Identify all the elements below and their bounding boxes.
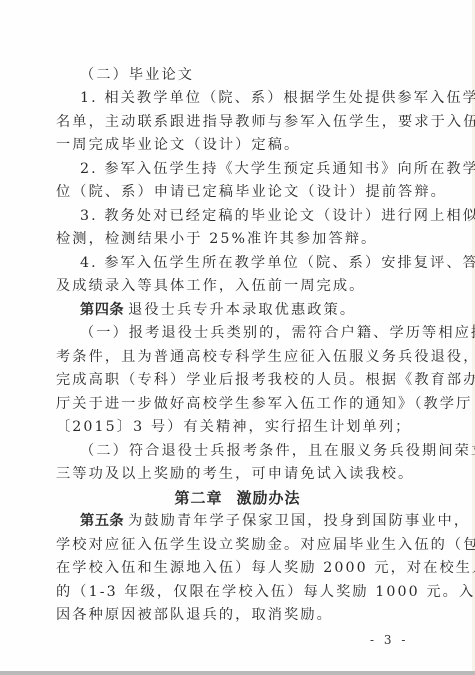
item-1-line-3: 一周完成毕业论文（设计）定稿。 bbox=[56, 134, 404, 156]
item-4-line-2: 及成绩录入等具体工作，入伍前一周完成。 bbox=[56, 275, 404, 297]
page-number: - 3 - bbox=[370, 633, 408, 647]
chapter-heading: 第二章激励办法 bbox=[0, 487, 475, 509]
article-5-line-5: 因各种原因被部队退兵的，取消奖励。 bbox=[56, 604, 404, 626]
item-3-line-2: 检测，检测结果小于 25%准许其参加答辩。 bbox=[56, 228, 404, 250]
item-2-line-2: 位（院、系）申请已定稿毕业论文（设计）提前答辩。 bbox=[56, 181, 404, 203]
article-5-line-2: 学校对应征入伍学生设立奖励金。对应届毕业生入伍的（包括 bbox=[56, 534, 404, 556]
article-5-heading: 第五条为鼓励青年学子保家卫国，投身到国防事业中， bbox=[80, 510, 404, 532]
chapter-title: 激励办法 bbox=[237, 489, 301, 507]
article-5-label: 第五条 bbox=[80, 513, 124, 529]
article-4-clause-1-line-3: 完成高职（专科）学业后报考我校的人员。根据《教育部办公 bbox=[56, 369, 404, 391]
article-5-first-line: 为鼓励青年学子保家卫国，投身到国防事业中， bbox=[128, 513, 470, 529]
page-bottom-border bbox=[0, 671, 475, 675]
article-4-clause-1-line-2: 考条件，且为普通高校专科学生应征入伍服义务兵役退役，在 bbox=[56, 346, 404, 368]
article-4-clause-2-line-2: 三等功及以上奖励的考生，可申请免试入读我校。 bbox=[56, 463, 404, 485]
article-5-line-3: 在学校入伍和生源地入伍）每人奖励 2000 元，对在校生入伍 bbox=[56, 557, 404, 579]
item-3-line-1: 3. 教务处对已经定稿的毕业论文（设计）进行网上相似度 bbox=[80, 205, 404, 227]
item-1-line-1: 1. 相关教学单位（院、系）根据学生处提供参军入伍学生 bbox=[80, 87, 404, 109]
item-4-line-1: 4. 参军入伍学生所在教学单位（院、系）安排复评、答辩 bbox=[80, 252, 404, 274]
article-4-text: 退役士兵专升本录取优惠政策。 bbox=[128, 302, 356, 318]
item-2-line-1: 2. 参军入伍学生持《大学生预定兵通知书》向所在教学单 bbox=[80, 158, 404, 180]
article-4-label: 第四条 bbox=[80, 302, 124, 318]
chapter-number: 第二章 bbox=[174, 489, 222, 507]
article-4-clause-1-line-1: （一）报考退役士兵类别的，需符合户籍、学历等相应报 bbox=[80, 322, 404, 344]
article-4-clause-1-line-5: 〔2015〕3 号）有关精神，实行招生计划单列； bbox=[56, 416, 404, 438]
section-heading: （二）毕业论文 bbox=[80, 64, 404, 86]
document-page: （二）毕业论文 1. 相关教学单位（院、系）根据学生处提供参军入伍学生 名单，主… bbox=[0, 0, 475, 671]
item-1-line-2: 名单，主动联系跟进指导教师与参军入伍学生，要求于入伍前 bbox=[56, 111, 404, 133]
article-5-line-4: 的（1-3 年级，仅限在学校入伍）每人奖励 1000 元。入伍后如 bbox=[56, 581, 404, 603]
article-4-heading: 第四条退役士兵专升本录取优惠政策。 bbox=[80, 299, 404, 321]
article-4-clause-2-line-1: （二）符合退役士兵报考条件，且在服义务兵役期间荣立 bbox=[80, 440, 404, 462]
article-4-clause-1-line-4: 厅关于进一步做好高校学生参军入伍工作的通知》（教学厅 bbox=[56, 393, 404, 415]
